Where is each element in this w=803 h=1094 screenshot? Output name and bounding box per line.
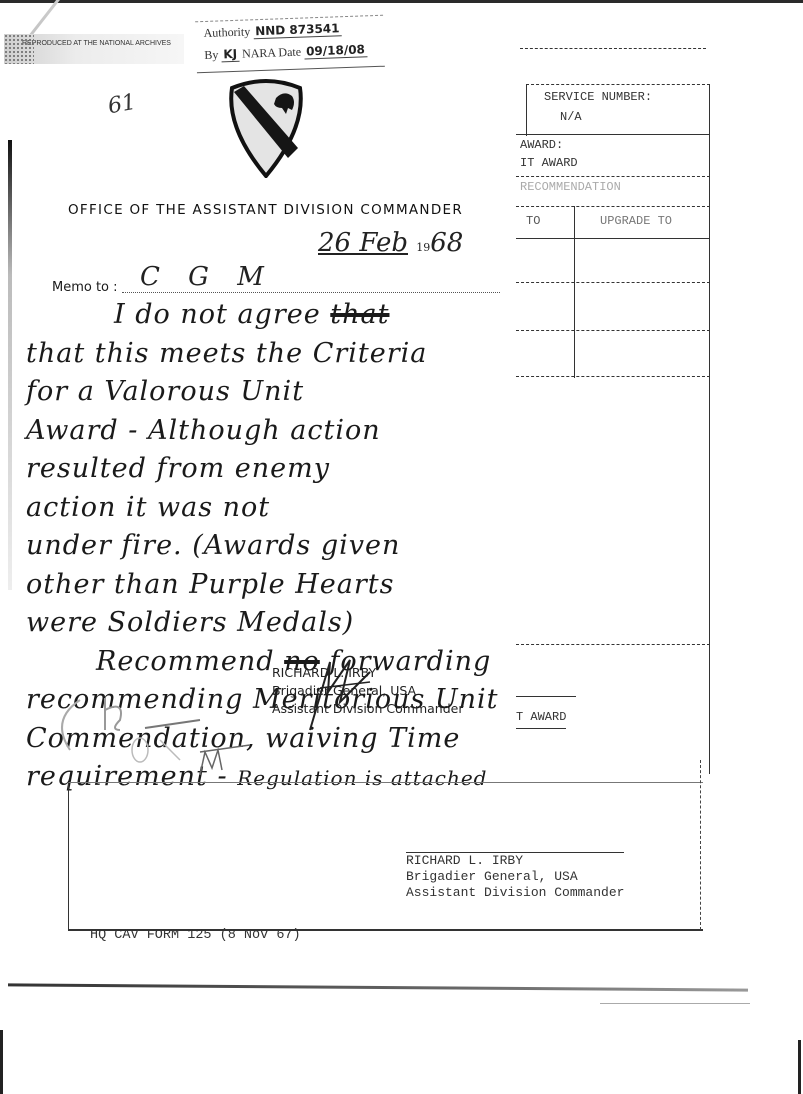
form-line [526, 84, 710, 85]
typed-signer-name: RICHARD L. IRBY [406, 852, 624, 869]
form-line [516, 206, 710, 207]
scan-top-border [0, 0, 803, 3]
halftone-dots-icon [4, 34, 34, 64]
memo-date-year-suffix: 68 [430, 228, 463, 258]
note-line: Award - Although action [26, 415, 381, 446]
note-line: other than Purple Hearts [26, 569, 394, 600]
form-line [516, 238, 710, 239]
scan-bottom-right-edge [798, 1040, 801, 1094]
note-line: action it was not [26, 492, 270, 523]
column-upgrade-to: UPGRADE TO [600, 214, 672, 228]
note-line: for a Valorous Unit [26, 376, 304, 407]
award-value: IT AWARD [520, 156, 578, 170]
note-line: Recommend [96, 646, 275, 677]
pencil-initials-icon [50, 690, 250, 780]
by-label: By [204, 48, 218, 62]
struck-word: that [330, 299, 389, 330]
typed-signature-block: RICHARD L. IRBY Brigadier General, USA A… [406, 852, 624, 901]
note-line: under fire. (Awards given [26, 530, 400, 561]
form-line [516, 696, 576, 697]
service-number-value: N/A [560, 110, 582, 124]
note-line: were Soldiers Medals) [26, 607, 354, 638]
form-line [516, 176, 710, 177]
typed-signer-title: Assistant Division Commander [406, 885, 624, 901]
authority-label: Authority [203, 24, 250, 40]
form-line [520, 48, 706, 49]
scan-left-edge [8, 140, 12, 590]
form-line [709, 84, 710, 774]
margin-mark: 61 [106, 90, 138, 119]
form-line [516, 644, 710, 645]
office-title: OFFICE OF THE ASSISTANT DIVISION COMMAND… [68, 202, 463, 218]
form-line [516, 282, 710, 283]
note-line: resulted from enemy [26, 453, 330, 484]
form-line [516, 330, 710, 331]
note-line: that this meets the Criteria [26, 338, 427, 369]
memo-to-dotted-line [122, 292, 500, 293]
award-label: AWARD: [520, 138, 563, 152]
form-identifier: HQ CAV FORM 125 (8 Nov 67) [90, 928, 301, 943]
nara-date-value: 09/18/08 [304, 42, 367, 59]
form-line [516, 134, 710, 135]
cavalry-shield-icon [226, 78, 306, 178]
scan-bottom-left-edge [0, 1030, 3, 1094]
faded-row-text: RECOMMENDATION [520, 180, 620, 194]
memo-to-value: C G M [140, 262, 274, 292]
page-bottom-edge [600, 1003, 750, 1004]
memo-date: 26 Feb 1968 [318, 228, 463, 258]
memo-date-day-month: 26 Feb [318, 228, 408, 258]
by-value: KJ [221, 47, 239, 63]
form-line [574, 206, 575, 378]
note-line: I do not agree [114, 299, 321, 330]
form-line [516, 376, 710, 377]
archive-stamp-text: REPRODUCED AT THE NATIONAL ARCHIVES [22, 40, 171, 47]
typed-signer-rank: Brigadier General, USA [406, 869, 624, 885]
column-to: TO [526, 214, 540, 228]
award-bottom-label: T AWARD [516, 710, 566, 729]
nara-date-label: NARA Date [242, 45, 301, 61]
form-line [700, 760, 701, 930]
memo-date-year-prefix: 19 [416, 241, 430, 254]
award-form-right-panel: SERVICE NUMBER: N/A AWARD: IT AWARD RECO… [516, 76, 710, 776]
form-line [526, 84, 527, 136]
memo-to-label: Memo to : [52, 280, 118, 295]
authority-value: NND 873541 [253, 21, 342, 39]
signature-scrawl-icon [300, 652, 380, 732]
service-number-label: SERVICE NUMBER: [544, 90, 652, 104]
page-bottom-edge [8, 983, 748, 991]
declassification-authority-stamp: Authority NND 873541 By KJ NARA Date 09/… [195, 15, 385, 74]
